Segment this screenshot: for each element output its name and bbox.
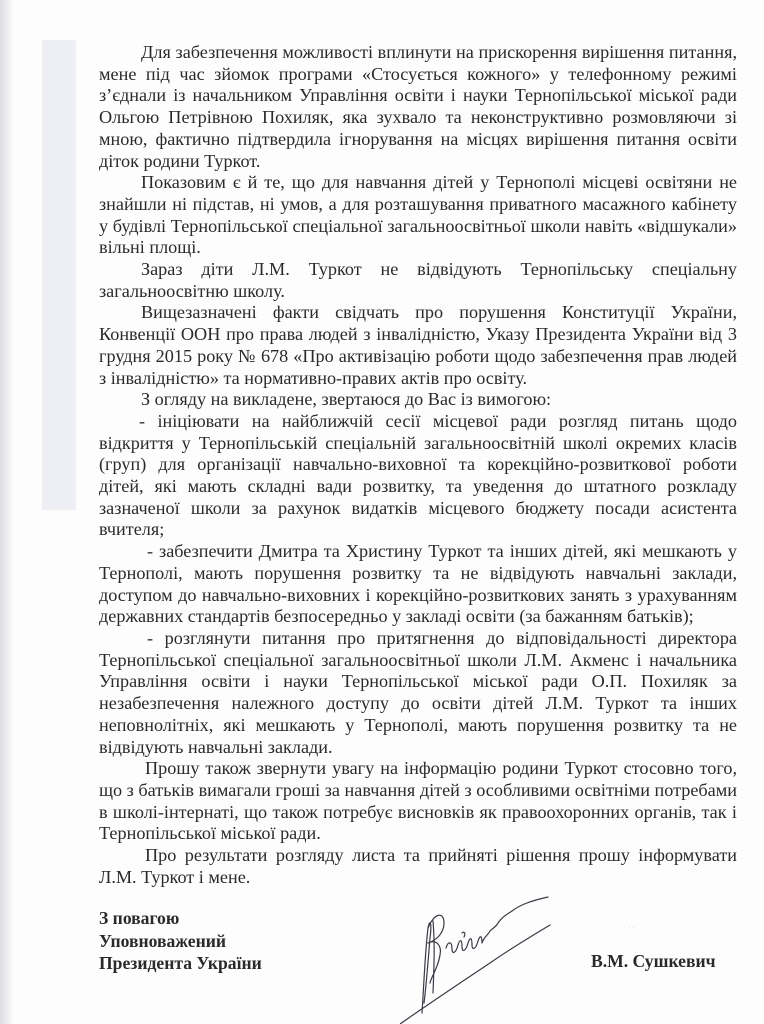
demand-item: - розглянути питання про притягнення до … xyxy=(99,628,737,758)
paragraph: Про результати розгляду листа та прийнят… xyxy=(99,845,737,888)
letter-body: Для забезпечення можливості вплинути на … xyxy=(99,42,737,888)
paragraph: Вищезазначені факти свідчать про порушен… xyxy=(99,302,737,389)
signature-block: З повагою Уповноважений Президента Украї… xyxy=(99,907,262,975)
signer-title: Уповноважений xyxy=(99,930,262,953)
scan-edge-shadow xyxy=(0,0,14,1024)
demand-item: - ініціювати на найближчій сесії місцево… xyxy=(99,411,737,541)
paragraph: З огляду на викладене, звертаюся до Вас … xyxy=(99,389,737,411)
signer-name: В.М. Сушкевич xyxy=(591,951,716,972)
paragraph: Прошу також звернути увагу на інформацію… xyxy=(99,758,737,845)
signer-title: Президента України xyxy=(99,952,262,975)
demand-item: - забезпечити Дмитра та Христину Туркот … xyxy=(99,541,737,628)
document-page: Для забезпечення можливості вплинути на … xyxy=(0,0,764,1024)
paragraph: Показовим є й те, що для навчання дітей … xyxy=(99,172,737,259)
faint-scan-mark: · · xyxy=(628,924,635,931)
paragraph: Зараз діти Л.М. Туркот не відвідують Тер… xyxy=(99,259,737,302)
handwritten-signature-icon xyxy=(400,893,600,1024)
paragraph: Для забезпечення можливості вплинути на … xyxy=(99,42,737,172)
salutation: З повагою xyxy=(99,907,262,930)
show-through-stripe xyxy=(42,40,76,510)
